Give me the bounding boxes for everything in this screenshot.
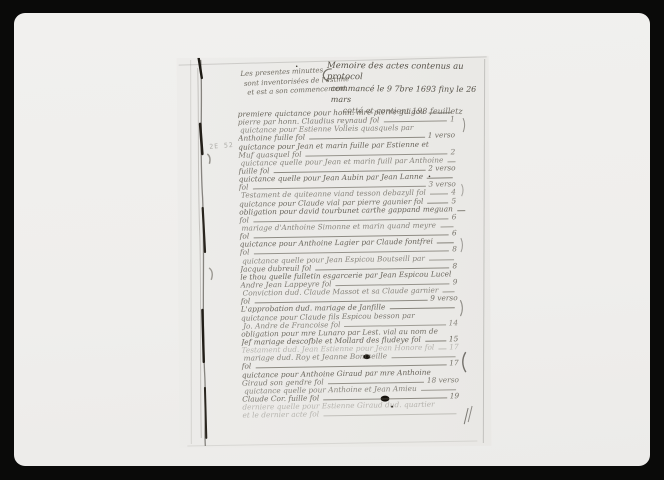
folio-number: 19 <box>450 392 460 400</box>
dash-leader <box>421 389 456 391</box>
entry-text: fol <box>242 363 252 371</box>
folio-number: 6 <box>452 229 457 237</box>
dash-leader <box>437 243 454 244</box>
dash-leader <box>344 324 445 327</box>
dash-leader <box>429 112 452 113</box>
manuscript-page: 2E 52 Les presentes minuttes sont invent… <box>177 56 492 448</box>
entries: premiere quictance pour honn. mre pierre… <box>238 107 471 420</box>
folio-number: 1 <box>450 115 455 123</box>
dash-leader <box>389 308 454 310</box>
dash-leader <box>430 194 448 195</box>
dash-leader <box>391 356 455 358</box>
folio-number: 15 <box>449 335 459 343</box>
entry-text: fol <box>239 184 249 192</box>
folio-number: 5 <box>451 197 456 205</box>
title-line: commancé le 9 7bre 1693 finy le 26 mars <box>327 83 489 106</box>
dash-leader <box>328 381 424 384</box>
folio-number: 17 <box>449 343 459 351</box>
dash-leader <box>335 283 449 286</box>
archive-stamp: 2E 52 <box>209 141 234 151</box>
entry-text: fol <box>240 249 250 257</box>
dash-leader <box>442 291 454 292</box>
dash-leader <box>440 226 454 227</box>
dash-leader <box>427 202 448 203</box>
title-line: Memoire des actes contenus au protocol <box>327 61 489 84</box>
folio-number: 8 <box>452 246 457 254</box>
folio-number: 8 <box>452 262 457 270</box>
folio-number: 2 <box>451 148 456 156</box>
scan-viewport: { "stamp": "2E 52", "marginal_note": [ "… <box>0 0 664 480</box>
dash-leader <box>429 259 454 260</box>
folio-number: 4 <box>451 189 456 197</box>
dash-leader <box>383 121 447 123</box>
folio-number: 6 <box>452 213 457 221</box>
folio-number: 14 <box>449 319 459 327</box>
dash-leader <box>425 340 446 341</box>
folio-number: 9 <box>453 278 458 286</box>
dash-leader <box>447 161 455 162</box>
dash-leader <box>427 177 453 178</box>
dash-leader <box>457 210 465 211</box>
dash-leader <box>438 349 446 350</box>
scanned-sheet: 2E 52 Les presentes minuttes sont invent… <box>14 13 650 466</box>
entry-text: fol <box>239 216 249 224</box>
entry-text: fol <box>240 233 250 241</box>
dash-leader <box>309 137 425 140</box>
dash-leader <box>323 413 456 416</box>
folio-number: 17 <box>449 360 459 368</box>
entry-text: fol <box>241 298 251 306</box>
entry-text: et le dernier acte fol <box>242 411 319 420</box>
